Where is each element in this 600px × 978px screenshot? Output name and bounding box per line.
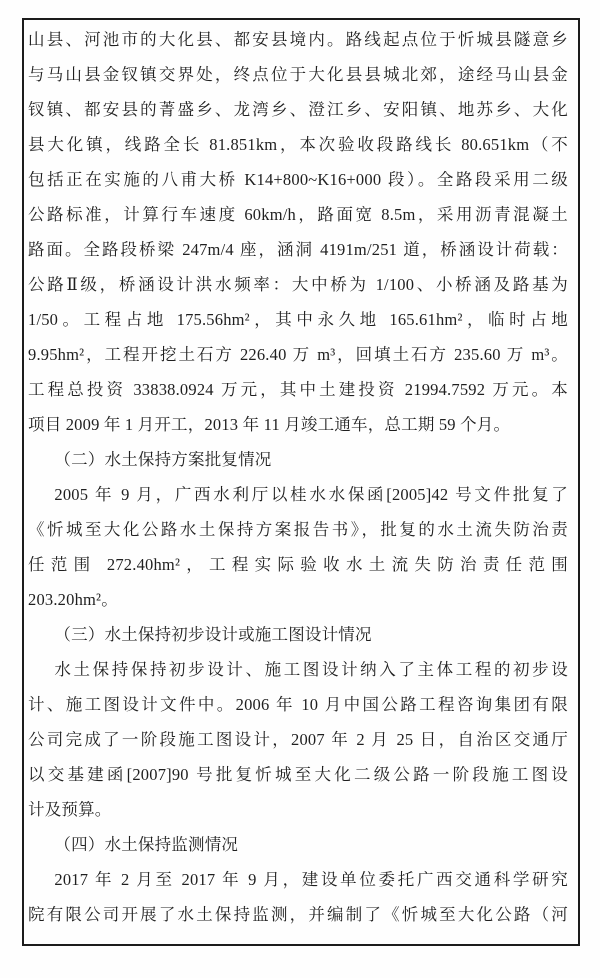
text-line: 工程总投资 33838.0924 万元，其中土建投资 21994.7592 万元… (28, 372, 568, 407)
text-line: 9.95hm²，工程开挖土石方 226.40 万 m³，回填土石方 235.60… (28, 337, 568, 372)
text-line: （四）水土保持监测情况 (28, 827, 568, 862)
text-line: 山县、河池市的大化县、都安县境内。路线起点位于忻城县隧意乡 (28, 22, 568, 57)
text-line: 路面。全路段桥梁 247m/4 座，涵洞 4191m/251 道，桥涵设计荷载： (28, 232, 568, 267)
text-line: 公路标准，计算行车速度 60km/h，路面宽 8.5m，采用沥青混凝土 (28, 197, 568, 232)
text-line: 水土保持保持初步设计、施工图设计纳入了主体工程的初步设 (28, 652, 568, 687)
scanned-document-page: 山县、河池市的大化县、都安县境内。路线起点位于忻城县隧意乡与马山县金钗镇交界处，… (0, 0, 600, 978)
text-line: 院有限公司开展了水土保持监测，并编制了《忻城至大化公路（河 (28, 897, 568, 932)
text-line: 任范围 272.40hm²，工程实际验收水土流失防治责任范围 (28, 547, 568, 582)
text-line: 项目 2009 年 1 月开工，2013 年 11 月竣工通车，总工期 59 个… (28, 407, 568, 442)
text-line: 与马山县金钗镇交界处，终点位于大化县县城北郊，途经马山县金 (28, 57, 568, 92)
document-text-block: 山县、河池市的大化县、都安县境内。路线起点位于忻城县隧意乡与马山县金钗镇交界处，… (28, 22, 568, 932)
text-line: 203.20hm²。 (28, 582, 568, 617)
text-line: 计、施工图设计文件中。2006 年 10 月中国公路工程咨询集团有限 (28, 687, 568, 722)
text-line: 以交基建函[2007]90 号批复忻城至大化二级公路一阶段施工图设 (28, 757, 568, 792)
text-line: 县大化镇，线路全长 81.851km，本次验收段路线长 80.651km（不 (28, 127, 568, 162)
text-line: 《忻城至大化公路水土保持方案报告书》，批复的水土流失防治责 (28, 512, 568, 547)
text-line: 计及预算。 (28, 792, 568, 827)
text-line: 1/50。工程占地 175.56hm²，其中永久地 165.61hm²，临时占地 (28, 302, 568, 337)
text-line: 公司完成了一阶段施工图设计，2007 年 2 月 25 日，自治区交通厅 (28, 722, 568, 757)
text-line: 2017 年 2 月至 2017 年 9 月，建设单位委托广西交通科学研究 (28, 862, 568, 897)
text-line: （三）水土保持初步设计或施工图设计情况 (28, 617, 568, 652)
text-line: 包括正在实施的八甫大桥 K14+800~K16+000 段）。全路段采用二级 (28, 162, 568, 197)
text-line: 公路Ⅱ级，桥涵设计洪水频率：大中桥为 1/100、小桥涵及路基为 (28, 267, 568, 302)
text-line: 钗镇、都安县的菁盛乡、龙湾乡、澄江乡、安阳镇、地苏乡、大化 (28, 92, 568, 127)
page-border-frame: 山县、河池市的大化县、都安县境内。路线起点位于忻城县隧意乡与马山县金钗镇交界处，… (22, 18, 580, 946)
text-line: 2005 年 9 月，广西水利厅以桂水水保函[2005]42 号文件批复了 (28, 477, 568, 512)
text-line: （二）水土保持方案批复情况 (28, 442, 568, 477)
